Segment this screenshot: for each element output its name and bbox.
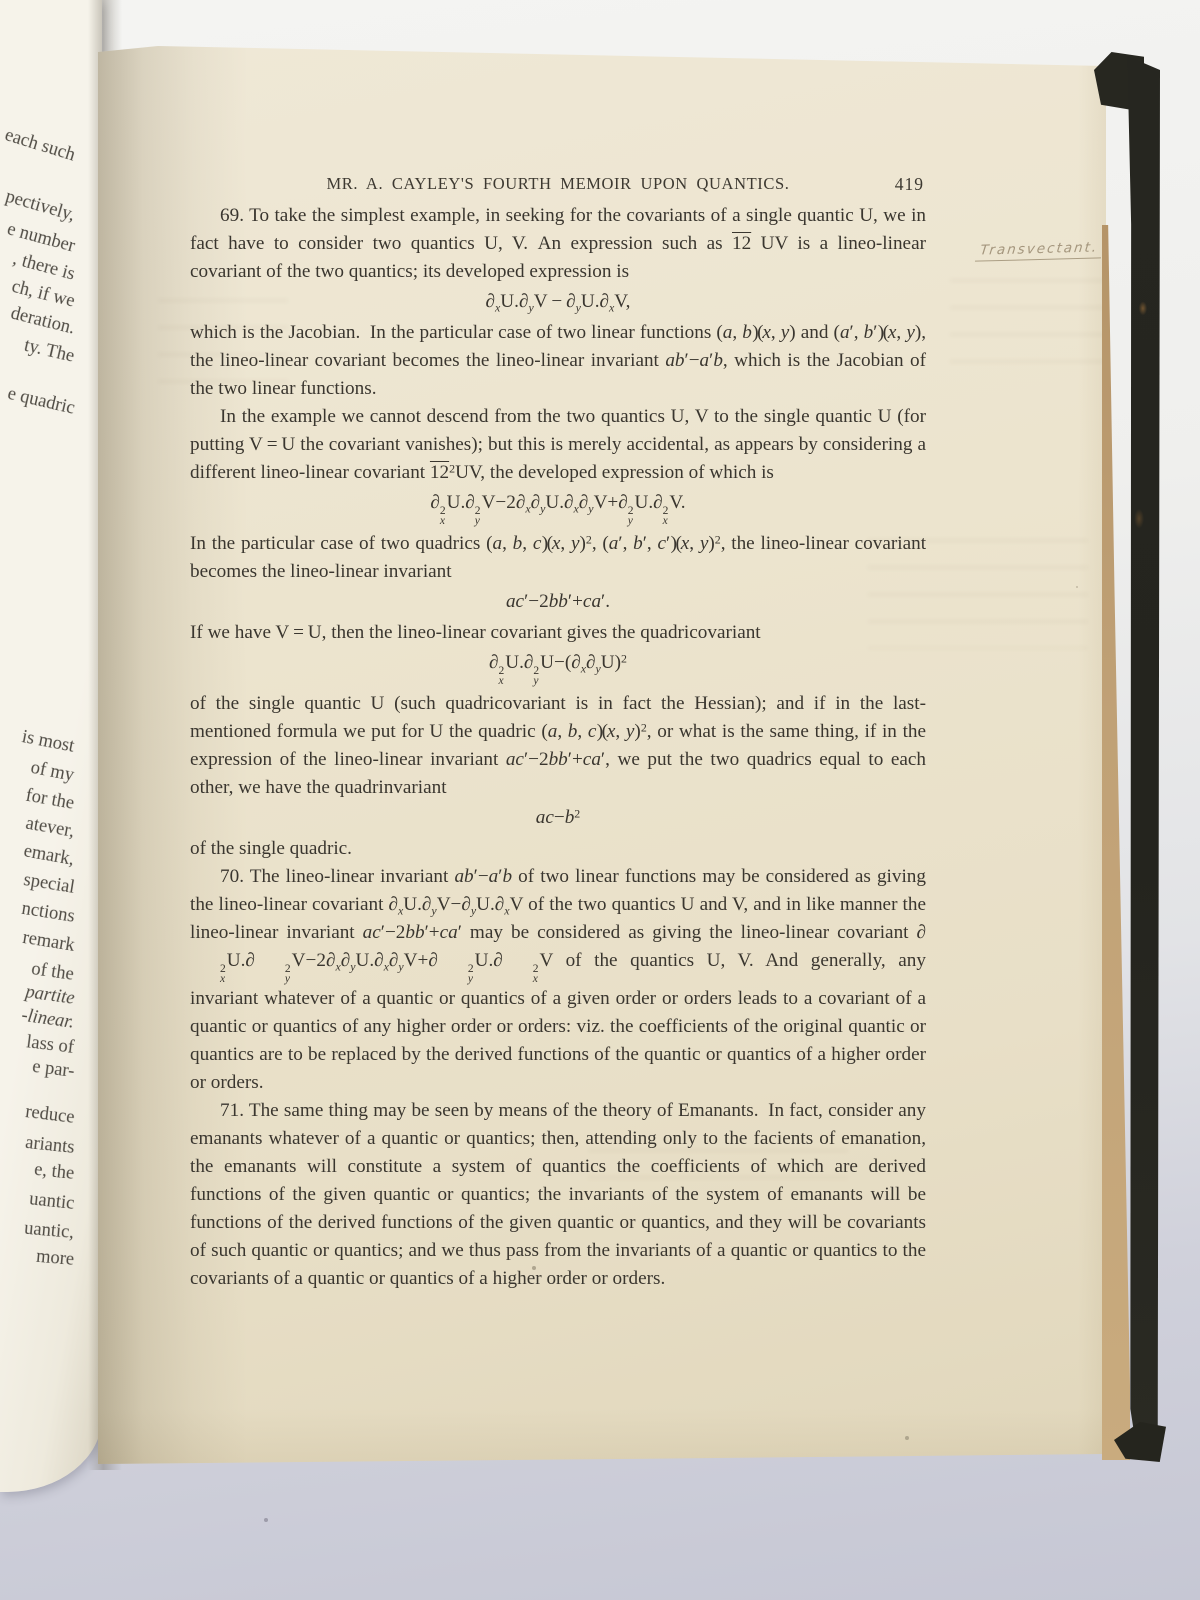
- book-photo: each suchpectively,e number, there isch,…: [0, 0, 1200, 1600]
- body-paragraph: of the single quantic U (such quadricova…: [190, 690, 926, 802]
- left-page-text-fragment: partite: [24, 982, 76, 1010]
- body-paragraph: 69. To take the simplest example, in see…: [190, 202, 926, 286]
- body-paragraph: In the particular case of two quadrics (…: [190, 530, 926, 586]
- body-paragraph: of the single quadric.: [190, 835, 926, 863]
- left-page-text-fragment: special: [22, 870, 76, 899]
- dust-specks: [0, 0, 2, 2]
- body-paragraph: In the example we cannot descend from th…: [190, 403, 926, 487]
- left-page-text-fragment: -linear.: [20, 1006, 75, 1034]
- book-cover-edge: [1122, 56, 1160, 1458]
- body-paragraph: If we have V = U, then the lineo-linear …: [190, 619, 926, 647]
- left-page-edge: each suchpectively,e number, there isch,…: [0, 0, 102, 1492]
- display-formula: ∂2xU.∂2yV−2∂x∂yU.∂x∂yV+∂2yU.∂2xV.: [190, 489, 926, 527]
- left-page-text-fragment: ariants: [24, 1133, 75, 1159]
- display-formula: ∂xU.∂yV − ∂yU.∂xV,: [190, 288, 926, 316]
- page-body-text: 69. To take the simplest example, in see…: [190, 202, 926, 1293]
- left-page-text-fragment: lass of: [25, 1032, 75, 1059]
- left-page-text-fragment: e quadric: [5, 384, 76, 420]
- left-page-text-fragment: remark: [21, 928, 76, 957]
- left-page-text-fragment: e par-: [31, 1057, 75, 1083]
- display-formula: ac−b2: [190, 804, 926, 832]
- left-page-text-fragment: reduce: [24, 1102, 75, 1129]
- left-page-text-fragment: for the: [24, 786, 76, 815]
- running-header: MR. A. CAYLEY'S FOURTH MEMOIR UPON QUANT…: [190, 174, 926, 194]
- book-page: MR. A. CAYLEY'S FOURTH MEMOIR UPON QUANT…: [98, 44, 1106, 1468]
- left-page-text-fragment: ty. The: [22, 336, 76, 368]
- left-page-text-fragment: uantic: [28, 1189, 75, 1215]
- page-block-fore-edge: [1102, 225, 1130, 1460]
- showthrough-smudge: [950, 279, 1120, 379]
- left-page-text-fragment: nctions: [20, 899, 76, 928]
- body-paragraph: which is the Jacobian. In the particular…: [190, 319, 926, 403]
- left-page-text-fragment: of my: [29, 758, 76, 787]
- display-formula: ∂2xU.∂2yU−(∂x∂yU)2: [190, 649, 926, 687]
- left-page-text-fragment: e, the: [33, 1160, 75, 1185]
- left-page-text-fragment: is most: [20, 727, 76, 758]
- body-paragraph: 70. The lineo-linear invariant ab′−a′b o…: [190, 863, 926, 1097]
- header-title: MR. A. CAYLEY'S FOURTH MEMOIR UPON QUANT…: [327, 174, 790, 193]
- left-page-text-fragment: each such: [2, 125, 77, 166]
- pencil-annotation: Transvectant.: [975, 239, 1103, 261]
- body-paragraph: 71. The same thing may be seen by means …: [190, 1097, 926, 1293]
- display-formula: ac′−2bb′+ca′.: [190, 588, 926, 616]
- left-page-text-fragment: uantic,: [23, 1219, 74, 1244]
- left-page-text-fragment: more: [35, 1247, 75, 1271]
- left-page-text-fragment: atever,: [24, 814, 76, 843]
- left-page-text-fragment: emark,: [22, 841, 76, 871]
- left-page-text-fragment: of the: [30, 959, 75, 986]
- page-number: 419: [895, 174, 924, 195]
